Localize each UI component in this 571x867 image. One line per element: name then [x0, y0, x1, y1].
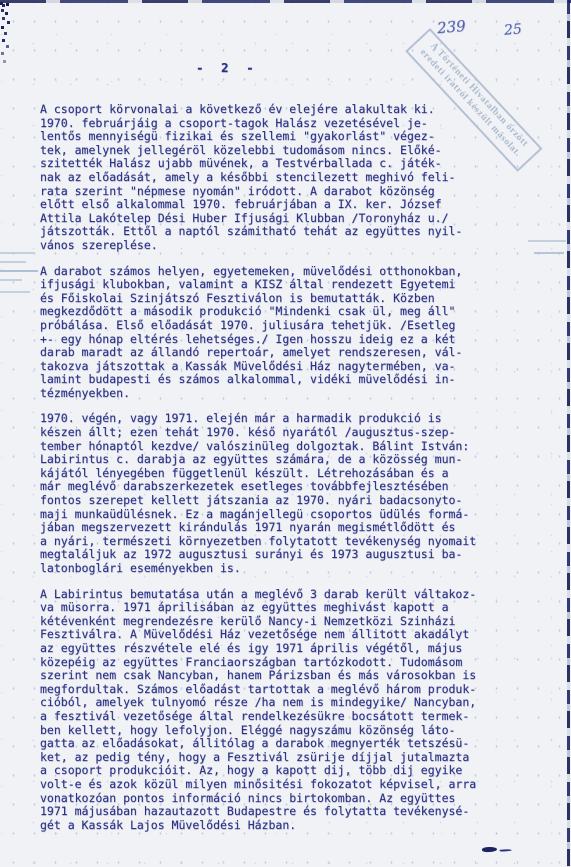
page-number: - 2 - — [196, 60, 259, 75]
scan-artifact-right-streak — [528, 240, 566, 242]
document-page: 239 25 A Történeti Hivatalban őrzött ere… — [0, 0, 571, 867]
scan-artifact-top-edge — [0, 0, 571, 3]
handwritten-number-right: 25 — [503, 21, 522, 38]
paragraph-1: A csoport körvonalai a következő év elej… — [40, 103, 548, 253]
paragraph-3: 1970. végén, vagy 1971. elején már a har… — [40, 412, 548, 575]
scan-artifact-right-edge — [567, 0, 570, 867]
paragraph-2: A darabot számos helyen, egyetemeken, mü… — [40, 265, 548, 401]
scan-artifact-ink-smudge — [482, 846, 497, 852]
scan-artifact-left-streak — [0, 252, 34, 254]
handwritten-number-left: 239 — [436, 17, 466, 37]
typewriter-text-block: A csoport körvonalai a következő év elej… — [40, 103, 548, 844]
paragraph-4: A Labirintus bemutatása után a meglévő 3… — [40, 588, 548, 833]
scan-artifact-corner-noise — [0, 2, 3, 5]
scan-artifact-left-streak — [0, 261, 26, 263]
scan-artifact-left-streak — [0, 279, 22, 281]
scan-artifact-left-streak — [0, 291, 30, 293]
scan-artifact-left-streak — [0, 270, 38, 272]
scan-artifact-right-streak — [534, 252, 564, 254]
